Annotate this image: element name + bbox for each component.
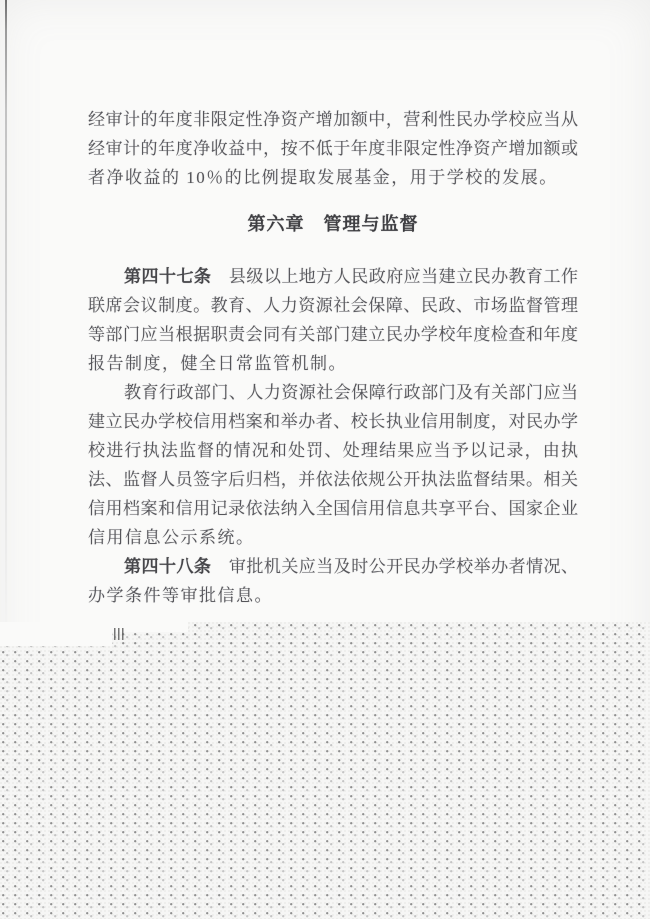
text-line: 法、监督人员签字后归档，并依法依规公开执法监督结果。相关	[88, 465, 578, 494]
chapter-heading: 第六章 管理与监督	[88, 210, 578, 239]
text-line: 者净收益的 10％的比例提取发展基金，用于学校的发展。	[88, 163, 578, 192]
scan-artifact-mark	[114, 628, 125, 640]
text-line: 联席会议制度。教育、人力资源社会保障、民政、市场监督管理	[88, 291, 578, 320]
text-line: 经审计的年度非限定性净资产增加额中，营利性民办学校应当从	[88, 105, 578, 134]
halftone-pattern-region	[0, 622, 650, 919]
article-number: 第四十七条	[124, 267, 211, 286]
text-line: 等部门应当根据职责会同有关部门建立民办学校年度检查和年度	[88, 320, 578, 349]
page-left-edge-shadow	[5, 0, 7, 640]
text-line: 办学条件等审批信息。	[88, 581, 578, 610]
text-line: 报告制度，健全日常监管机制。	[88, 349, 578, 378]
text-line: 教育行政部门、人力资源社会保障行政部门及有关部门应当	[88, 378, 578, 407]
text-line: 信用信息公示系统。	[88, 523, 578, 552]
text-line: 第四十七条 县级以上地方人民政府应当建立民办教育工作	[88, 262, 578, 291]
text-line: 校进行执法监督的情况和处罚、处理结果应当予以记录，由执	[88, 436, 578, 465]
document-text: 经审计的年度非限定性净资产增加额中，营利性民办学校应当从经审计的年度净收益中，按…	[88, 105, 578, 610]
text-line: 建立民办学校信用档案和举办者、校长执业信用制度，对民办学	[88, 407, 578, 436]
scanned-page: 经审计的年度非限定性净资产增加额中，营利性民办学校应当从经审计的年度净收益中，按…	[0, 0, 650, 919]
article-number: 第四十八条	[124, 557, 211, 576]
halftone-top-notch	[0, 622, 112, 646]
text-line: 经审计的年度净收益中，按不低于年度非限定性净资产增加额或	[88, 134, 578, 163]
text-line: 信用档案和信用记录依法纳入全国信用信息共享平台、国家企业	[88, 494, 578, 523]
text-line: 第四十八条 审批机关应当及时公开民办学校举办者情况、	[88, 552, 578, 581]
